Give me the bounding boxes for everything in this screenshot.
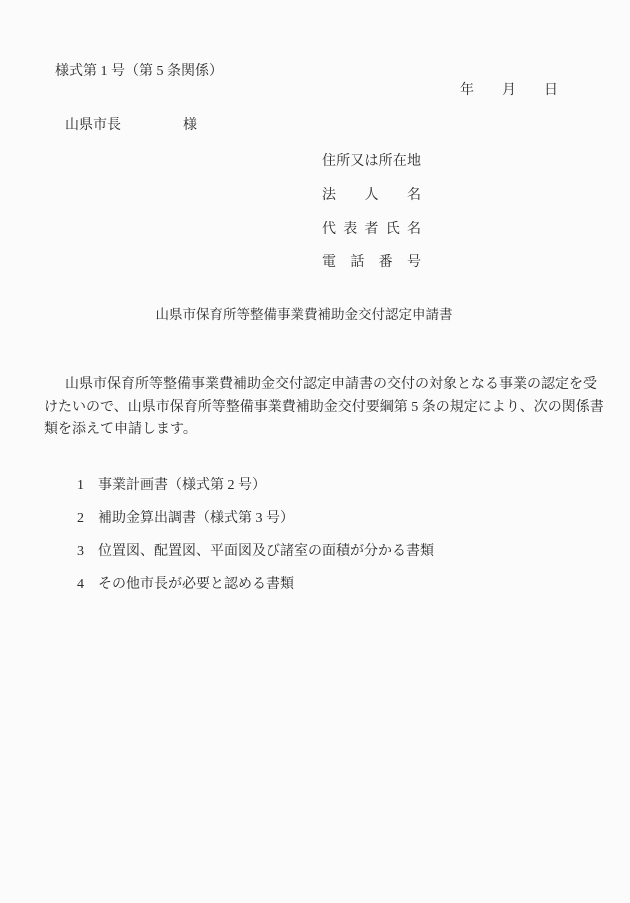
body-paragraph-line: 山県市保育所等整備事業費補助金交付認定申請書の交付の対象となる事業の認定を受 (44, 377, 597, 392)
document-page: 様式第 1 号（第 5 条関係） 年 月 日 山県市長様 住所又は所在地 法人名… (0, 0, 630, 903)
body-paragraph-line: 類を添えて申請します。 (44, 422, 197, 437)
attachment-text: 事業計画書（様式第 2 号） (98, 478, 266, 493)
attachment-item: 4その他市長が必要と認める書類 (77, 577, 294, 592)
attachment-item: 1事業計画書（様式第 2 号） (77, 478, 266, 493)
addressee-honorific: 様 (183, 118, 197, 133)
attachment-number: 4 (77, 577, 98, 592)
attachment-number: 3 (77, 544, 98, 559)
document-title: 山県市保育所等整備事業費補助金交付認定申請書 (44, 307, 564, 322)
attachment-item: 2補助金算出調書（様式第 3 号） (77, 511, 294, 526)
applicant-field-phone-number: 電話番号 (322, 255, 421, 270)
attachment-number: 2 (77, 511, 98, 526)
addressee-line: 山県市長様 (65, 118, 197, 133)
form-number-label: 様式第 1 号（第 5 条関係） (55, 64, 223, 79)
applicant-field-corporate-name: 法人名 (322, 188, 421, 203)
body-paragraph-line: けたいので、山県市保育所等整備事業費補助金交付要綱第 5 条の規定により、次の関… (44, 400, 604, 415)
attachment-text: 位置図、配置図、平面図及び諸室の面積が分かる書類 (98, 544, 434, 559)
attachment-text: 補助金算出調書（様式第 3 号） (98, 511, 294, 526)
attachment-item: 3位置図、配置図、平面図及び諸室の面積が分かる書類 (77, 544, 434, 559)
applicant-field-representative-name: 代表者氏名 (322, 222, 421, 237)
attachment-text: その他市長が必要と認める書類 (98, 577, 294, 592)
applicant-field-address: 住所又は所在地 (322, 154, 421, 169)
attachment-number: 1 (77, 478, 98, 493)
date-line: 年 月 日 (460, 83, 558, 98)
addressee-name: 山県市長 (65, 118, 121, 133)
